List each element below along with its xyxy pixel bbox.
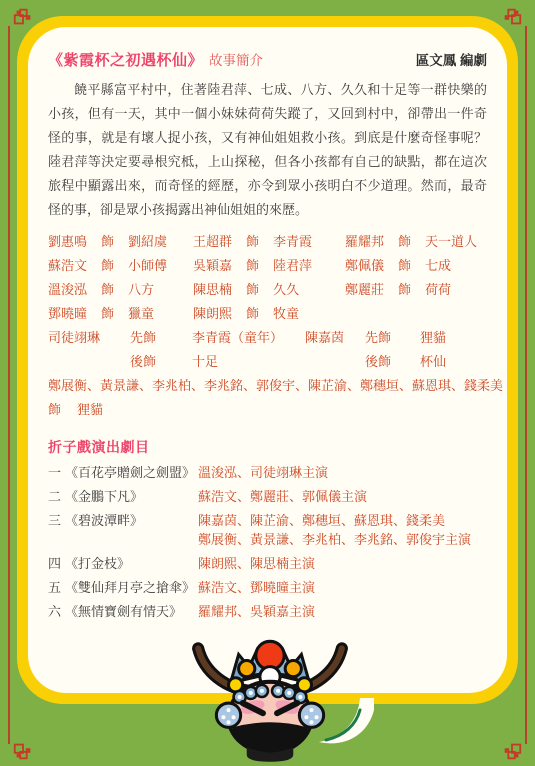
role-verb: 先飾 bbox=[130, 328, 192, 347]
play-name: 《雙仙拜月亭之搶傘》 bbox=[65, 578, 195, 597]
cast-entry: 王超群飾李青霞 bbox=[193, 232, 345, 251]
play-row: 六《無情寶劍有情天》 羅耀邦、吳穎嘉主演 bbox=[48, 602, 487, 621]
cast-row: 溫浚泓飾八方 陳思楠飾久久 鄭麗莊飾荷荷 bbox=[48, 280, 487, 299]
play-number: 四 bbox=[48, 554, 61, 573]
role-name: 久久 bbox=[273, 280, 299, 299]
role-verb: 飾 bbox=[101, 256, 114, 275]
title-suffix-text: 故事簡介 bbox=[209, 53, 263, 68]
role-verb: 後飾 bbox=[130, 352, 192, 371]
spacer bbox=[48, 352, 130, 371]
left-edge-line bbox=[8, 26, 10, 744]
play-name: 《金鵬下凡》 bbox=[65, 487, 143, 506]
header-row: 《紫霞杯之初遇杯仙》故事簡介 區文鳳 編劇 bbox=[48, 49, 487, 70]
role-name: 七成 bbox=[425, 256, 451, 275]
right-edge-line bbox=[525, 26, 527, 744]
play-title: 二《金鵬下凡》 bbox=[48, 487, 198, 506]
page-title: 《紫霞杯之初遇杯仙》故事簡介 bbox=[48, 49, 263, 70]
actor-name: 陳思楠 bbox=[193, 280, 232, 299]
play-name: 《打金枝》 bbox=[65, 554, 130, 573]
play-number: 五 bbox=[48, 578, 61, 597]
play-performers: 陳嘉茵、陳芷渝、鄭穗垣、蘇恩琪、錢柔美鄭展衡、黃景謙、李兆柏、李兆銘、郭俊宇主演 bbox=[198, 511, 487, 549]
play-name: 《百花亭贈劍之劍盟》 bbox=[65, 463, 195, 482]
role-name: 小師傅 bbox=[128, 256, 167, 275]
playwright-credit: 區文鳳 編劇 bbox=[416, 49, 487, 69]
repertoire-list: 一《百花亭贈劍之劍盟》 溫浚泓、司徒翊琳主演 二《金鵬下凡》 蘇浩文、鄭麗莊、郭… bbox=[48, 463, 487, 621]
role-verb: 飾 bbox=[398, 280, 411, 299]
cast-entry: 蘇浩文飾小師傅 bbox=[48, 256, 193, 275]
play-number: 二 bbox=[48, 487, 61, 506]
cast-entry: 鄧曉曈飾獵童 bbox=[48, 304, 193, 323]
cast-entry: 鄭麗莊飾荷荷 bbox=[345, 280, 487, 299]
actor-name: 鄭麗莊 bbox=[345, 280, 384, 299]
play-row: 三《碧波潭畔》 陳嘉茵、陳芷渝、鄭穗垣、蘇恩琪、錢柔美鄭展衡、黃景謙、李兆柏、李… bbox=[48, 511, 487, 549]
card-frame: 《紫霞杯之初遇杯仙》故事簡介 區文鳳 編劇 饒平縣富平村中，住著陸君萍、七成、八… bbox=[17, 16, 518, 704]
cast-entry: 鄭佩儀飾七成 bbox=[345, 256, 487, 275]
role-verb: 飾 bbox=[101, 232, 114, 251]
role-verb: 飾 bbox=[398, 256, 411, 275]
role-verb: 飾 bbox=[246, 280, 259, 299]
role-verb: 飾 bbox=[101, 280, 114, 299]
dual-role-row: 司徒翊琳 先飾 李青霞（童年） 陳嘉茵 先飾 狸貓 bbox=[48, 328, 487, 347]
role-name: 劉紹虞 bbox=[128, 232, 167, 251]
play-title: 五《雙仙拜月亭之搶傘》 bbox=[48, 578, 198, 597]
role-verb: 飾 bbox=[48, 402, 61, 417]
role-name: 狸貓 bbox=[77, 402, 103, 417]
repertoire-heading: 折子戲演出劇目 bbox=[48, 437, 487, 457]
play-performers: 蘇浩文、鄭麗莊、郭佩儀主演 bbox=[198, 487, 487, 506]
play-title: 六《無情寶劍有情天》 bbox=[48, 602, 198, 621]
actor-name: 溫浚泓 bbox=[48, 280, 87, 299]
actor-name: 陳朗熙 bbox=[193, 304, 232, 323]
role-name: 陸君萍 bbox=[273, 256, 312, 275]
cast-row: 蘇浩文飾小師傅 吳穎嘉飾陸君萍 鄭佩儀飾七成 bbox=[48, 256, 487, 275]
actor-name: 劉惠鳴 bbox=[48, 232, 87, 251]
performers-line2: 鄭展衡、黃景謙、李兆柏、李兆銘、郭俊宇主演 bbox=[198, 530, 487, 549]
corner-ornament-icon bbox=[501, 740, 523, 762]
role-verb: 飾 bbox=[246, 232, 259, 251]
play-title: 三《碧波潭畔》 bbox=[48, 511, 198, 549]
actor-name: 司徒翊琳 bbox=[48, 328, 130, 347]
cast-entry: 羅耀邦飾天一道人 bbox=[345, 232, 487, 251]
card-content: 《紫霞杯之初遇杯仙》故事簡介 區文鳳 編劇 饒平縣富平村中，住著陸君萍、七成、八… bbox=[28, 27, 507, 693]
actor-name: 陳嘉茵 bbox=[305, 328, 365, 347]
opera-mascot-icon bbox=[186, 636, 354, 762]
play-title-text: 《紫霞杯之初遇杯仙》 bbox=[48, 52, 203, 69]
cast-row: 鄧曉曈飾獵童 陳朗熙飾牧童 bbox=[48, 304, 487, 323]
role-name: 牧童 bbox=[273, 304, 299, 323]
role-name: 李青霞（童年） bbox=[192, 328, 305, 347]
play-row: 五《雙仙拜月亭之搶傘》 蘇浩文、鄧曉曈主演 bbox=[48, 578, 487, 597]
corner-ornament-icon bbox=[12, 740, 34, 762]
cast-entry: 溫浚泓飾八方 bbox=[48, 280, 193, 299]
cast-entry-empty bbox=[345, 304, 487, 323]
dual-role-row: 後飾 十足 後飾 杯仙 bbox=[48, 352, 487, 371]
role-name: 杯仙 bbox=[420, 352, 487, 371]
actor-name: 王超群 bbox=[193, 232, 232, 251]
role-verb: 後飾 bbox=[365, 352, 420, 371]
synopsis-paragraph: 饒平縣富平村中，住著陸君萍、七成、八方、久久和十足等一群快樂的小孩，但有一天，其… bbox=[48, 78, 487, 222]
play-performers: 陳朗熙、陳思楠主演 bbox=[198, 554, 487, 573]
play-number: 一 bbox=[48, 463, 61, 482]
play-name: 《無情寶劍有情天》 bbox=[65, 602, 182, 621]
play-number: 三 bbox=[48, 511, 61, 549]
play-row: 四《打金枝》 陳朗熙、陳思楠主演 bbox=[48, 554, 487, 573]
corner-ornament-icon bbox=[12, 6, 34, 28]
group-role-line: 飾狸貓 bbox=[48, 400, 487, 419]
role-name: 八方 bbox=[128, 280, 154, 299]
play-title: 一《百花亭贈劍之劍盟》 bbox=[48, 463, 198, 482]
actor-name: 蘇浩文 bbox=[48, 256, 87, 275]
cast-entry: 陳思楠飾久久 bbox=[193, 280, 345, 299]
role-name: 獵童 bbox=[128, 304, 154, 323]
group-actor-names: 鄭展衡、黃景謙、李兆柏、李兆銘、郭俊宇、陳芷渝、鄭穗垣、蘇恩琪、錢柔美 bbox=[48, 376, 487, 395]
cast-row: 劉惠鳴飾劉紹虞 王超群飾李青霞 羅耀邦飾天一道人 bbox=[48, 232, 487, 251]
play-title: 四《打金枝》 bbox=[48, 554, 198, 573]
role-name: 李青霞 bbox=[273, 232, 312, 251]
cast-entry: 劉惠鳴飾劉紹虞 bbox=[48, 232, 193, 251]
play-number: 六 bbox=[48, 602, 61, 621]
role-verb: 飾 bbox=[101, 304, 114, 323]
role-name: 十足 bbox=[192, 352, 305, 371]
role-verb: 飾 bbox=[246, 256, 259, 275]
role-name: 荷荷 bbox=[425, 280, 451, 299]
actor-name: 吳穎嘉 bbox=[193, 256, 232, 275]
role-name: 狸貓 bbox=[420, 328, 487, 347]
cast-list: 劉惠鳴飾劉紹虞 王超群飾李青霞 羅耀邦飾天一道人 蘇浩文飾小師傅 吳穎嘉飾陸君萍… bbox=[48, 232, 487, 419]
play-row: 一《百花亭贈劍之劍盟》 溫浚泓、司徒翊琳主演 bbox=[48, 463, 487, 482]
corner-ornament-icon bbox=[501, 6, 523, 28]
cast-entry: 陳朗熙飾牧童 bbox=[193, 304, 345, 323]
role-verb: 飾 bbox=[398, 232, 411, 251]
play-performers: 羅耀邦、吳穎嘉主演 bbox=[198, 602, 487, 621]
programme-page: 《紫霞杯之初遇杯仙》故事簡介 區文鳳 編劇 饒平縣富平村中，住著陸君萍、七成、八… bbox=[0, 0, 535, 766]
role-name: 天一道人 bbox=[425, 232, 477, 251]
play-row: 二《金鵬下凡》 蘇浩文、鄭麗莊、郭佩儀主演 bbox=[48, 487, 487, 506]
actor-name: 鄭佩儀 bbox=[345, 256, 384, 275]
play-performers: 溫浚泓、司徒翊琳主演 bbox=[198, 463, 487, 482]
actor-name: 羅耀邦 bbox=[345, 232, 384, 251]
role-verb: 先飾 bbox=[365, 328, 420, 347]
play-performers: 蘇浩文、鄧曉曈主演 bbox=[198, 578, 487, 597]
actor-name: 鄧曉曈 bbox=[48, 304, 87, 323]
role-verb: 飾 bbox=[246, 304, 259, 323]
performers-line1: 陳嘉茵、陳芷渝、鄭穗垣、蘇恩琪、錢柔美 bbox=[198, 513, 445, 528]
spacer bbox=[305, 352, 365, 371]
play-name: 《碧波潭畔》 bbox=[65, 511, 143, 549]
cast-entry: 吳穎嘉飾陸君萍 bbox=[193, 256, 345, 275]
